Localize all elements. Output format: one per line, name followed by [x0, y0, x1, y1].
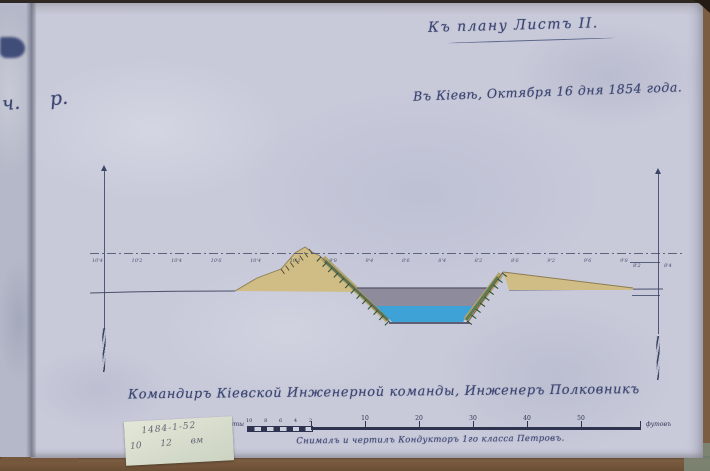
elevation-tick: 10'4	[250, 258, 261, 264]
elevation-tick: 9'8	[620, 258, 628, 264]
right-staff-upper-tick	[630, 262, 660, 263]
elevation-tick: 10'2	[290, 258, 301, 264]
scale-subdivision-numbers: 108642	[246, 418, 312, 424]
elevation-tick: 10'4	[92, 258, 103, 264]
scale-major-number: 40	[500, 415, 554, 422]
elevation-tick-row: 10'410'210'410'610'410'29'89'48'68'48'28…	[92, 258, 628, 264]
archive-number-line2: 10 12 вм	[130, 435, 204, 451]
elevation-tick: 9'2	[547, 258, 555, 264]
scanned-drawing-sheet: Къ плану Листъ II. ч. р. Въ Кіевѣ, Октяб…	[0, 0, 710, 471]
canal-cross-section-drawing	[85, 240, 685, 340]
scale-sub-number: 6	[279, 418, 282, 424]
water-fill	[376, 306, 473, 322]
scale-sub-number: 10	[246, 418, 252, 424]
scale-major-numbers: 1020304050	[338, 415, 608, 422]
elevation-tick: 8'2	[475, 258, 483, 264]
elevation-tick: 9'4	[366, 258, 374, 264]
elevation-tick: 10'2	[132, 258, 143, 264]
ink-smudge	[0, 37, 25, 58]
archive-number-line1: 1484-1-52	[141, 421, 197, 437]
scale-major-number: 20	[392, 415, 446, 422]
archive-sticker: 1484-1-52 10 12 вм	[124, 416, 234, 466]
ground-line-left	[90, 291, 235, 293]
scale-major-number: 10	[338, 415, 392, 422]
elevation-tick: 10'6	[211, 258, 222, 264]
scale-tick	[311, 421, 312, 427]
scale-subdivided-segment	[247, 426, 313, 432]
scale-unit-right-label: футовъ	[646, 421, 671, 428]
scale-sub-number: 8	[264, 418, 267, 424]
gauge-mark-right: 8'4	[664, 263, 672, 269]
scale-main-bar	[311, 427, 641, 430]
right-survey-staff	[658, 174, 659, 334]
gauge-mark-left: 8'2	[633, 263, 641, 269]
scale-sub-number: 4	[294, 418, 297, 424]
scale-tick	[640, 421, 641, 427]
paper-fold-shadow	[26, 2, 36, 457]
right-staff-lower-tick	[632, 295, 660, 296]
scale-major-number: 30	[446, 415, 500, 422]
silt-band	[357, 288, 492, 306]
elevation-tick: 9'8	[329, 258, 337, 264]
scan-top-edge	[0, 0, 710, 3]
scale-major-number: 50	[554, 415, 608, 422]
left-survey-staff	[104, 171, 105, 330]
elevation-tick: 8'6	[402, 258, 410, 264]
elevation-tick: 8'4	[438, 258, 446, 264]
table-background-bottom	[0, 456, 710, 471]
elevation-tick: 9'6	[584, 258, 592, 264]
datum-dashdot-line	[90, 253, 682, 254]
elevation-tick: 8'6	[511, 258, 519, 264]
elevation-tick: 10'4	[171, 258, 182, 264]
